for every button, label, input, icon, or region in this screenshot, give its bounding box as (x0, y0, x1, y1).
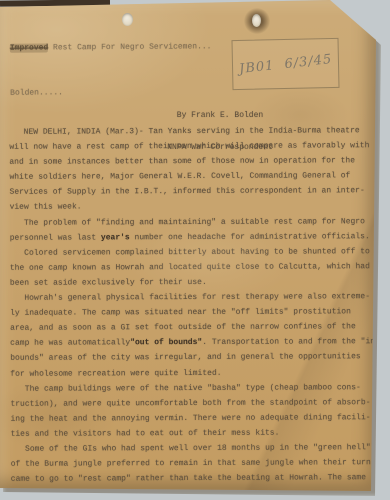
body-line: bounds" areas of the city was irregular,… (10, 350, 376, 367)
body-line: the one camp known as Howrah and located… (10, 259, 376, 276)
body-line: for wholesome recreation were quite limi… (10, 365, 376, 382)
body-line: and in some instances better than some o… (9, 153, 375, 170)
body-line: The problem of "finding and maintaining"… (10, 214, 376, 231)
body-line: Services of Supply in the I.B.T., inform… (9, 184, 375, 201)
body-line: came to go to "rest camp" rather than ta… (11, 470, 376, 487)
body-line: will now have a rest camp of their own w… (9, 138, 375, 155)
byline-author: By Frank E. Bolden (118, 111, 322, 122)
body-line: ties and the visitors had to eat out of … (11, 425, 376, 442)
pencil-date-stamp: JB01 6/3/45 (231, 38, 339, 90)
body-line: Howrah's general physical facilities for… (10, 289, 376, 306)
body-line: truction), and were quite uncomfortable … (10, 395, 376, 412)
body-line: personnel was last year's number one hea… (10, 229, 376, 246)
body-line: camp he was automatically"out of bounds"… (10, 335, 376, 352)
body-line: white soldiers here, Major General W.E.R… (9, 168, 375, 185)
article-body: NEW DELHI, INDIA (Mar.3)- Tan Yanks serv… (9, 123, 376, 487)
slug-title-line: Improved Rest Camp For Negro Servicemen.… (10, 39, 212, 55)
stamp-text: JB01 6/3/45 (238, 51, 332, 76)
body-line: NEW DELHI, INDIA (Mar.3)- Tan Yanks serv… (9, 123, 375, 140)
body-line: of the Burma jungle preferred to remain … (11, 455, 376, 472)
body-line: Some of the GIs who had spent well over … (11, 440, 376, 457)
body-line: ing the heat and the annoying vermin. Th… (10, 410, 376, 427)
punch-hole-icon (122, 13, 133, 26)
punch-hole-smudge (244, 8, 270, 34)
body-line: been set aside exclusively for their use… (10, 274, 376, 291)
punch-hole-icon (252, 14, 261, 27)
body-line: view this week. (10, 199, 376, 216)
document-page: Improved Rest Camp For Negro Servicemen.… (0, 0, 376, 491)
body-line: Colored servicemen complained bitterly a… (10, 244, 376, 261)
body-line: area, and as soon as a GI set foot outsi… (10, 319, 376, 336)
scanned-document: Improved Rest Camp For Negro Servicemen.… (0, 0, 390, 500)
body-line: ly inadequate. The camp was situated nea… (10, 304, 376, 321)
body-line: The camp buildings were of the native "b… (10, 380, 376, 397)
